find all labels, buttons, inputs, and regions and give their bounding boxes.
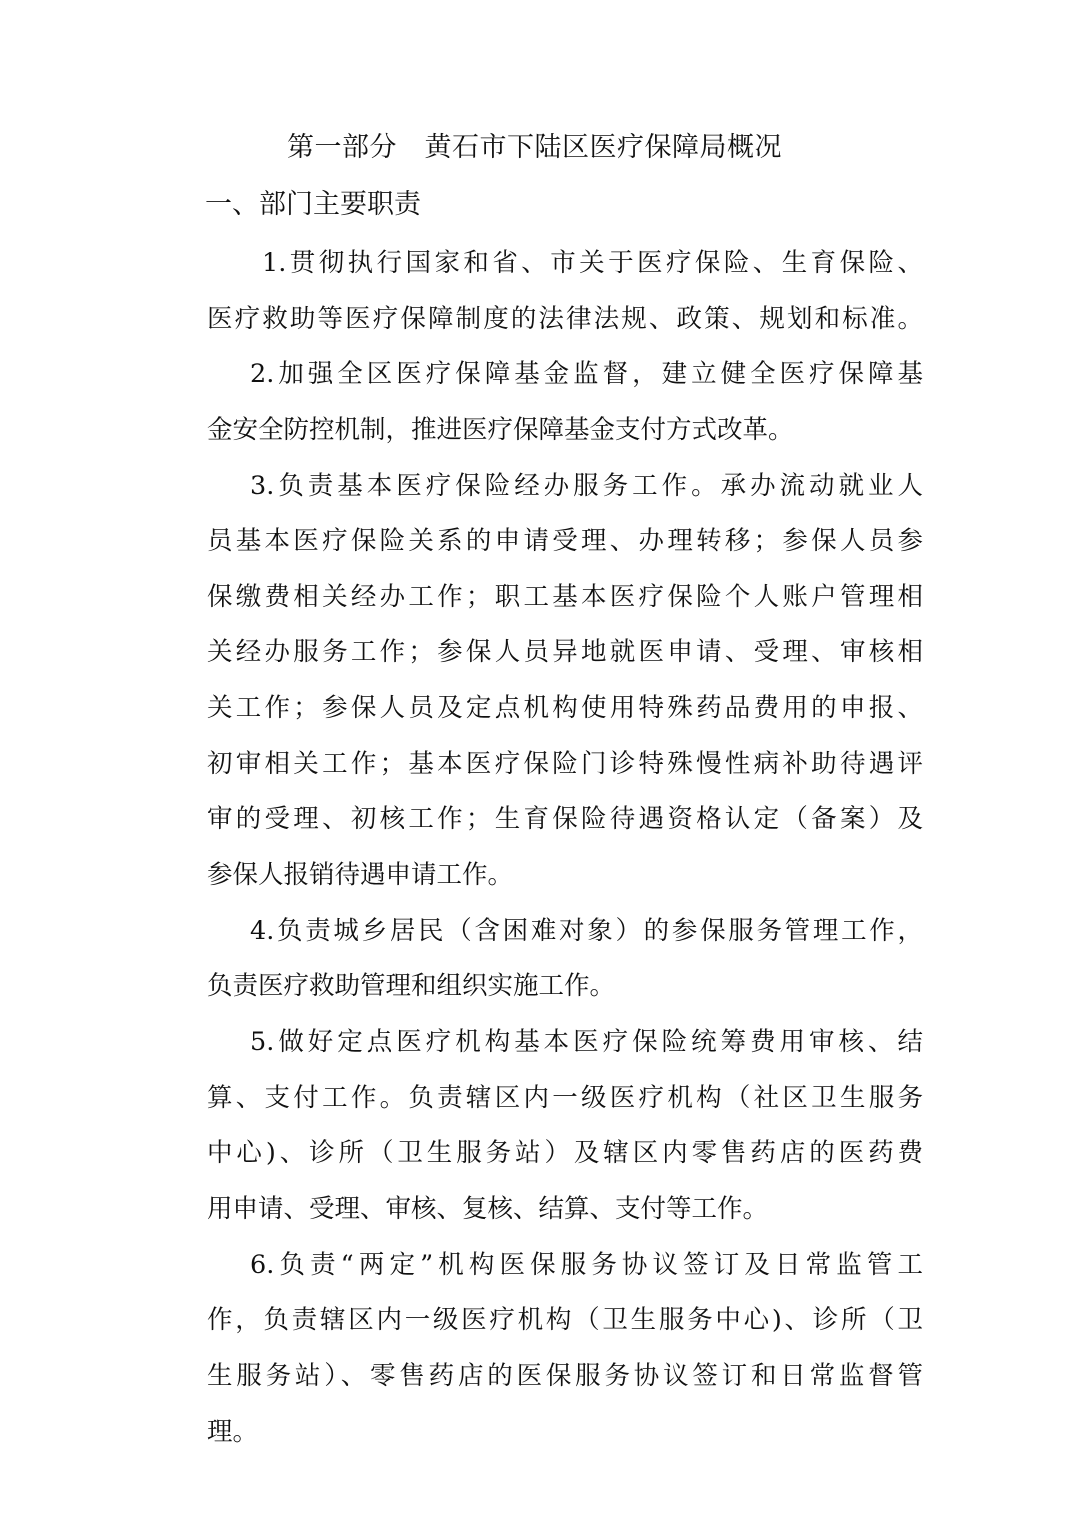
page-title: 第一部分 黄石市下陆区医疗保障局概况 [0,128,1069,168]
section-heading: 一、部门主要职责 [205,185,421,225]
text-line: 理。 [207,1414,923,1450]
text-line: 用申请、受理、审核、复核、结算、支付等工作。 [207,1191,923,1227]
text-line: 2.加强全区医疗保障基金监督，建立健全医疗保障基 [250,356,923,392]
text-line: 关工作；参保人员及定点机构使用特殊药品费用的申报、 [207,690,923,726]
text-line: 生服务站）、零售药店的医保服务协议签订和日常监督管 [207,1358,923,1394]
text-line: 员基本医疗保险关系的申请受理、办理转移；参保人员参 [207,523,923,559]
text-line: 中心)、诊所（卫生服务站）及辖区内零售药店的医药费 [207,1135,923,1171]
text-line: 作，负责辖区内一级医疗机构（卫生服务中心)、诊所（卫 [207,1302,923,1338]
text-line: 金安全防控机制，推进医疗保障基金支付方式改革。 [207,412,923,448]
text-line: 保缴费相关经办工作；职工基本医疗保险个人账户管理相 [207,579,923,615]
text-line: 审的受理、初核工作；生育保险待遇资格认定（备案）及 [207,801,923,837]
text-line: 4.负责城乡居民（含困难对象）的参保服务管理工作， [250,913,923,949]
text-line: 关经办服务工作；参保人员异地就医申请、受理、审核相 [207,634,923,670]
text-line: 算、支付工作。负责辖区内一级医疗机构（社区卫生服务 [207,1080,923,1116]
text-line: 参保人报销待遇申请工作。 [207,857,923,893]
text-line: 6.负责“两定”机构医保服务协议签订及日常监管工 [250,1247,923,1283]
text-line: 5.做好定点医疗机构基本医疗保险统筹费用审核、结 [250,1024,923,1060]
document-page: 第一部分 黄石市下陆区医疗保障局概况 一、部门主要职责 1.贯彻执行国家和省、市… [0,0,1069,1514]
text-line: 负责医疗救助管理和组织实施工作。 [207,968,923,1004]
text-line: 1.贯彻执行国家和省、市关于医疗保险、生育保险、 [262,245,923,281]
text-line: 3.负责基本医疗保险经办服务工作。承办流动就业人 [250,468,923,504]
text-line: 初审相关工作；基本医疗保险门诊特殊慢性病补助待遇评 [207,746,923,782]
text-line: 医疗救助等医疗保障制度的法律法规、政策、规划和标准。 [207,301,923,337]
